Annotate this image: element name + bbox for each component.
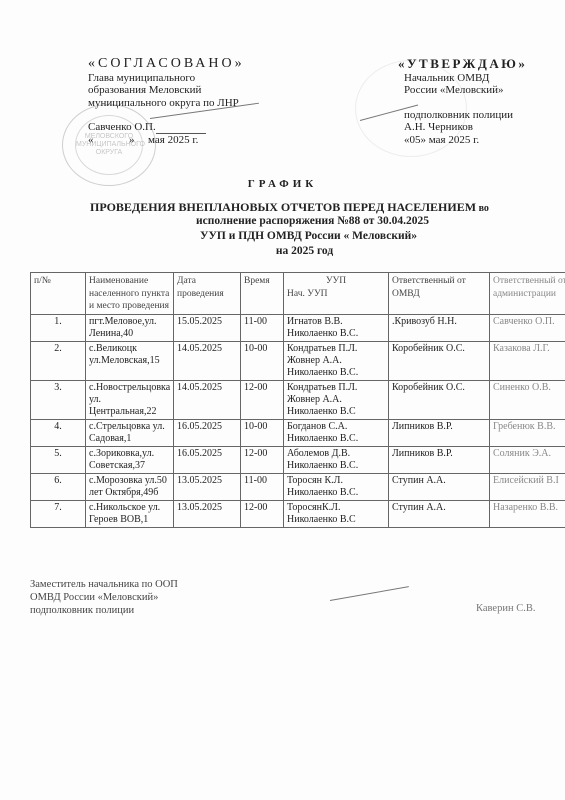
header-num: п/№ [31, 273, 86, 315]
document-page: МЕЛОВСКОГО МУНИЦИПАЛЬНОГО ОКРУГА «СОГЛАС… [0, 0, 565, 800]
cell-date: 13.05.2025 [174, 473, 241, 500]
footer-signer: Каверин С.В. [476, 603, 535, 614]
approval-line: России «Меловский» [404, 84, 564, 97]
cell-num: 2. [31, 341, 86, 380]
cell-uup: Торосян К.Л.Николаенко В.С. [284, 473, 389, 500]
cell-date: 16.05.2025 [174, 419, 241, 446]
cell-num: 4. [31, 419, 86, 446]
cell-place: с.Новострельцовка ул. Центральная,22 [86, 380, 174, 419]
subtitle-tail: во [476, 203, 489, 214]
header-uup-line1: УУП [287, 275, 385, 288]
cell-time: 11-00 [241, 314, 284, 341]
cell-omvd: Липников В.Р. [389, 419, 490, 446]
uup-officer: Жовнер А.А. [287, 394, 385, 406]
cell-date: 16.05.2025 [174, 446, 241, 473]
table-row: 1.пгт.Меловое,ул. Ленина,4015.05.202511-… [31, 314, 565, 341]
cell-omvd: Ступин А.А. [389, 500, 490, 527]
department-line: УУП и ПДН ОМВД России « Меловский» [26, 230, 565, 242]
cell-omvd: Липников В.Р. [389, 446, 490, 473]
uup-officer: Кондратьев П.Л. [287, 343, 385, 355]
uup-officer: Торосян К.Л. [287, 475, 385, 487]
cell-place: с.Морозовка ул.50 лет Октября,49б [86, 473, 174, 500]
cell-num: 7. [31, 500, 86, 527]
approval-rank: подполковник полиции [404, 109, 564, 122]
cell-place: с.Стрельцовка ул. Садовая,1 [86, 419, 174, 446]
cell-uup: Кондратьев П.Л.Жовнер А.А.Николаенко В.С… [284, 341, 389, 380]
cell-place: с.Никольское ул. Героев ВОВ,1 [86, 500, 174, 527]
approval-heading: «УТВЕРЖДАЮ» [398, 58, 564, 71]
year-line: на 2025 год [22, 245, 565, 257]
table-header-row: п/№ Наименование населенного пункта и ме… [31, 273, 565, 315]
header-time: Время [241, 273, 284, 315]
uup-officer: Жовнер А.А. [287, 355, 385, 367]
uup-officer: Николаенко В.С. [287, 487, 385, 499]
document-title: ГРАФИК [0, 178, 565, 190]
cell-num: 1. [31, 314, 86, 341]
cell-num: 6. [31, 473, 86, 500]
cell-uup: Аболемов Д.В.Николаенко В.С. [284, 446, 389, 473]
cell-omvd: Коробейник О.С. [389, 341, 490, 380]
header-omvd: Ответственный от ОМВД [389, 273, 490, 315]
cell-uup: Кондратьев П.Л.Жовнер А.А.Николаенко В.С [284, 380, 389, 419]
cell-time: 10-00 [241, 341, 284, 380]
uup-officer: Николаенко В.С. [287, 328, 385, 340]
cell-uup: Богданов С.А.Николаенко В.С. [284, 419, 389, 446]
approval-block-left: «СОГЛАСОВАНО» Глава муниципального образ… [88, 58, 288, 146]
approval-line: Глава муниципального [88, 72, 288, 85]
cell-time: 12-00 [241, 380, 284, 419]
cell-date: 13.05.2025 [174, 500, 241, 527]
table-row: 4.с.Стрельцовка ул. Садовая,116.05.20251… [31, 419, 565, 446]
cell-adm: Назаренко В.В. [490, 500, 565, 527]
header-date: Дата проведения [174, 273, 241, 315]
table-row: 2.с.Великоцк ул.Меловская,1514.05.202510… [31, 341, 565, 380]
cell-num: 5. [31, 446, 86, 473]
cell-place: с.Зориковка,ул. Советская,37 [86, 446, 174, 473]
document-subtitle: ПРОВЕДЕНИЯ ВНЕПЛАНОВЫХ ОТЧЕТОВ ПЕРЕД НАС… [90, 200, 560, 215]
cell-place: пгт.Меловое,ул. Ленина,40 [86, 314, 174, 341]
approval-line: Начальник ОМВД [404, 72, 564, 85]
schedule-table: п/№ Наименование населенного пункта и ме… [30, 272, 565, 528]
uup-officer: Кондратьев П.Л. [287, 382, 385, 394]
order-reference: исполнение распоряжения №88 от 30.04.202… [30, 215, 565, 227]
approval-date: мая 2025 г. [429, 134, 479, 146]
footer-line: подполковник полиции [30, 604, 178, 617]
uup-officer: Николаенко В.С. [287, 433, 385, 445]
cell-time: 11-00 [241, 473, 284, 500]
subtitle-main: ПРОВЕДЕНИЯ ВНЕПЛАНОВЫХ ОТЧЕТОВ ПЕРЕД НАС… [90, 200, 476, 214]
table-row: 3.с.Новострельцовка ул. Центральная,2214… [31, 380, 565, 419]
cell-adm: Соляник Э.А. [490, 446, 565, 473]
approval-heading: «СОГЛАСОВАНО» [88, 58, 288, 71]
date-close-quote: » [129, 134, 135, 146]
date-open-quote: « [88, 134, 94, 146]
stamp-line: ОКРУГА [76, 149, 142, 157]
approval-day: «05» [404, 134, 426, 146]
cell-adm: Синенко О.В. [490, 380, 565, 419]
footer-line: Заместитель начальника по ООП [30, 578, 178, 591]
cell-time: 12-00 [241, 500, 284, 527]
header-uup: УУП Нач. УУП [284, 273, 389, 315]
cell-omvd: Коробейник О.С. [389, 380, 490, 419]
approval-line: муниципального округа по ЛНР [88, 97, 288, 110]
cell-omvd: Ступин А.А. [389, 473, 490, 500]
cell-adm: Казакова Л.Г. [490, 341, 565, 380]
cell-adm: Елисейский В.І [490, 473, 565, 500]
approval-line: образования Меловский [88, 84, 288, 97]
cell-omvd: .Кривозуб Н.Н. [389, 314, 490, 341]
table-row: 7.с.Никольское ул. Героев ВОВ,113.05.202… [31, 500, 565, 527]
uup-officer: Аболемов Д.В. [287, 448, 385, 460]
cell-adm: Савченко О.П. [490, 314, 565, 341]
uup-officer: Николаенко В.С [287, 406, 385, 418]
cell-time: 10-00 [241, 419, 284, 446]
signature-footer [330, 586, 409, 601]
approval-date: мая 2025 г. [148, 134, 198, 146]
footer-line: ОМВД России «Меловский» [30, 591, 178, 604]
cell-uup: ТоросянК.Л.Николаенко В.С [284, 500, 389, 527]
uup-officer: Игнатов В.В. [287, 316, 385, 328]
cell-num: 3. [31, 380, 86, 419]
cell-adm: Гребенюк В.В. [490, 419, 565, 446]
table-row: 5.с.Зориковка,ул. Советская,3716.05.2025… [31, 446, 565, 473]
approval-signer: А.Н. Черников [404, 121, 564, 134]
uup-officer: Николаенко В.С. [287, 367, 385, 379]
header-uup-line2: Нач. УУП [287, 288, 385, 301]
approval-signer: Савченко О.П. [88, 121, 156, 133]
cell-uup: Игнатов В.В.Николаенко В.С. [284, 314, 389, 341]
footer-signatory: Заместитель начальника по ООП ОМВД Росси… [30, 578, 178, 617]
uup-officer: ТоросянК.Л. [287, 502, 385, 514]
cell-time: 12-00 [241, 446, 284, 473]
approval-block-right: «УТВЕРЖДАЮ» Начальник ОМВД России «Мелов… [404, 58, 564, 146]
uup-officer: Николаенко В.С [287, 514, 385, 526]
cell-date: 14.05.2025 [174, 341, 241, 380]
header-place: Наименование населенного пункта и место … [86, 273, 174, 315]
cell-date: 15.05.2025 [174, 314, 241, 341]
header-adm: Ответственный от администрации [490, 273, 565, 315]
table-row: 6.с.Морозовка ул.50 лет Октября,49б13.05… [31, 473, 565, 500]
uup-officer: Николаенко В.С. [287, 460, 385, 472]
cell-place: с.Великоцк ул.Меловская,15 [86, 341, 174, 380]
uup-officer: Богданов С.А. [287, 421, 385, 433]
cell-date: 14.05.2025 [174, 380, 241, 419]
